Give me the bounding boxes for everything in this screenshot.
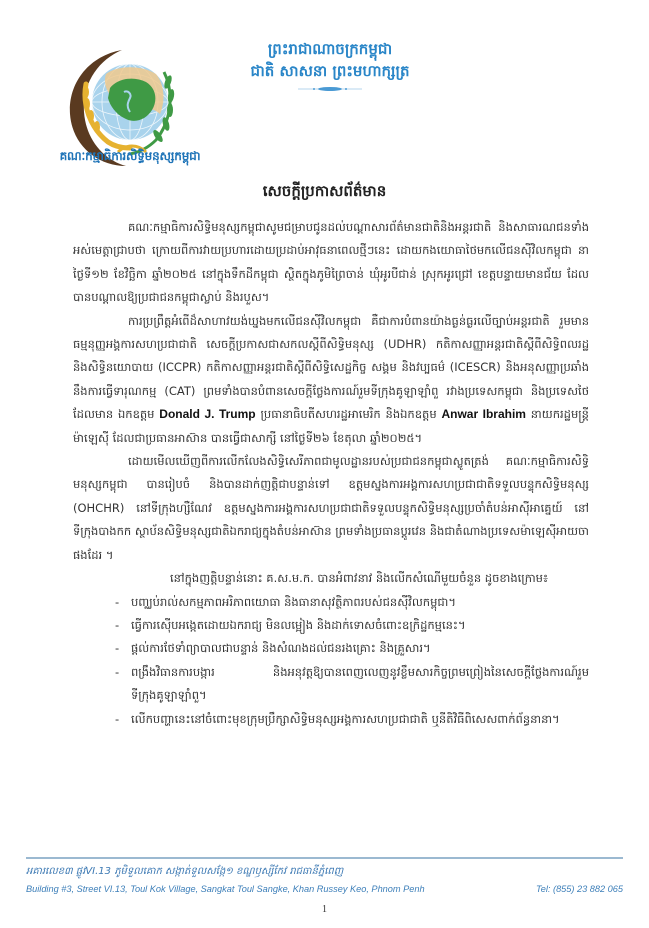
kingdom-name: ព្រះរាជាណាចក្រកម្ពុជា: [200, 38, 460, 60]
paragraph-intro: គណៈកម្មាធិការសិទ្ធិមនុស្សកម្ពុជាសូមជម្រា…: [73, 216, 589, 310]
name-donald-trump: Donald J. Trump: [159, 407, 255, 421]
list-item-text: ពង្រឹងវិធានការបង្ការ និងអនុវត្តឱ្យបានពេញ…: [131, 665, 589, 702]
kingdom-motto: ព្រះរាជាណាចក្រកម្ពុជា ជាតិ សាសនា ព្រះមហា…: [200, 38, 460, 82]
bullet-dash: -: [115, 708, 119, 731]
footer-address-english: Building #3, Street VI.13, Toul Kok Vill…: [26, 884, 425, 894]
national-motto: ជាតិ សាសនា ព្រះមហាក្សត្រ: [200, 60, 460, 82]
list-item: -លើកបញ្ហានេះនៅចំពោះមុខក្រុមប្រឹក្សាសិទ្ធ…: [115, 708, 589, 731]
list-item-text: បញ្ឈប់រាល់សកម្មភាពអរិភាពយោធា និងធានាសុវត…: [131, 595, 456, 609]
list-item-text: លើកបញ្ហានេះនៅចំពោះមុខក្រុមប្រឹក្សាសិទ្ធិ…: [131, 712, 560, 726]
list-item: -បញ្ឈប់រាល់សកម្មភាពអរិភាពយោធា និងធានាសុវ…: [115, 591, 589, 614]
organization-name: គណៈកម្មាធិការសិទ្ធិមនុស្សកម្ពុជា: [30, 148, 230, 166]
list-item: -ពង្រឹងវិធានការបង្ការ និងអនុវត្តឱ្យបានពេ…: [115, 661, 589, 708]
press-release-page: គណៈកម្មាធិការសិទ្ធិមនុស្សកម្ពុជា ព្រះរាជ…: [0, 0, 649, 928]
ornament-divider-icon: [298, 86, 362, 92]
demands-list: -បញ្ឈប់រាល់សកម្មភាពអរិភាពយោធា និងធានាសុវ…: [73, 591, 589, 731]
paragraph-violations-text-1: ការប្រព្រឹត្តអំពើដ៏សាហាវយង់ឃ្នងមកលើជនស៊ី…: [73, 314, 589, 422]
bullet-dash: -: [115, 614, 119, 637]
petition-lead-line: នៅក្នុងញត្តិបន្ទាន់នោះ គ.ស.ម.ក. បានអំពាវ…: [73, 567, 589, 590]
bullet-dash: -: [115, 661, 119, 684]
paragraph-petition: ដោយមើលឃើញពីការលើកលែងសិទ្ធិសេរីភាពជាមូលដ្…: [73, 450, 589, 567]
list-item: -ធ្វើការស៊ើបអង្កេតដោយឯករាជ្យ មិនលម្អៀង ន…: [115, 614, 589, 637]
document-title: សេចក្ដីប្រកាសព័ត៌មាន: [0, 182, 649, 204]
footer-telephone: Tel: (855) 23 882 065: [536, 884, 623, 894]
bullet-dash: -: [115, 637, 119, 660]
footer-address-khmer: អគារលេខ៣ ផ្លូវVI.13 ភូមិទួលគោក សង្កាត់ទួ…: [26, 864, 343, 879]
paragraph-violations-text-2: ប្រធានាធិបតីសហរដ្ឋអាមេរិក និងឯកឧត្តម: [256, 407, 442, 421]
document-body: គណៈកម្មាធិការសិទ្ធិមនុស្សកម្ពុជាសូមជម្រា…: [73, 216, 589, 731]
paragraph-violations: ការប្រព្រឹត្តអំពើដ៏សាហាវយង់ឃ្នងមកលើជនស៊ី…: [73, 310, 589, 450]
bullet-dash: -: [115, 591, 119, 614]
list-item: -ផ្តល់ការថែទាំព្យាបាលជាបន្ទាន់ និងសំណងដល…: [115, 637, 589, 660]
list-item-text: ផ្តល់ការថែទាំព្យាបាលជាបន្ទាន់ និងសំណងដល់…: [131, 641, 431, 655]
footer-divider: [26, 857, 623, 859]
page-number: 1: [0, 904, 649, 915]
list-item-text: ធ្វើការស៊ើបអង្កេតដោយឯករាជ្យ មិនលម្អៀង និ…: [131, 618, 466, 632]
name-anwar-ibrahim: Anwar Ibrahim: [441, 407, 526, 421]
